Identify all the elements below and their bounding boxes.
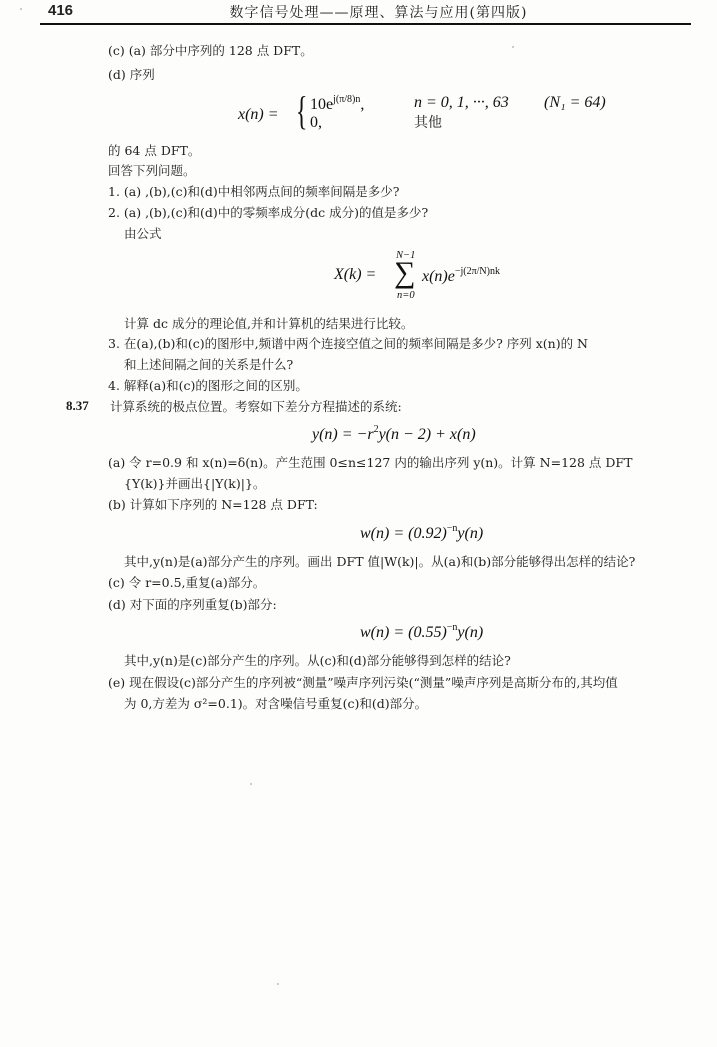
part-b-line2: 其中,y(n)是(a)部分产生的序列。画出 DFT 值|W(k)|。从(a)和(… bbox=[124, 554, 635, 570]
item-d: (d) 序列 bbox=[108, 67, 155, 83]
xn-case1-comma: , bbox=[360, 96, 364, 113]
equation-wn-b: w(n) = (0.92)−ny(n) bbox=[360, 523, 483, 543]
question-3-line2: 和上述间隔之间的关系是什么? bbox=[124, 357, 293, 373]
text-compute-dc: 计算 dc 成分的理论值,并和计算机的结果进行比较。 bbox=[124, 316, 413, 332]
equation-wn-d: w(n) = (0.55)−ny(n) bbox=[360, 622, 483, 642]
part-c: (c) 令 r=0.5,重复(a)部分。 bbox=[108, 575, 265, 591]
xn-case1-expr: 10e bbox=[310, 96, 333, 113]
part-d-line1: (d) 对下面的序列重复(b)部分: bbox=[108, 597, 277, 613]
scan-speck bbox=[277, 983, 279, 985]
part-a-line2: {Y(k)}并画出{|Y(k)|}。 bbox=[124, 476, 265, 492]
problem-number: 8.37 bbox=[66, 398, 89, 414]
diff-eq-lhs: y(n) = −r bbox=[312, 426, 374, 443]
part-a-line1: (a) 令 r=0.9 和 x(n)=δ(n)。产生范围 0≤n≤127 内的输… bbox=[108, 455, 632, 471]
xn-case2-expr: 0, bbox=[310, 114, 322, 132]
wn-b-sup: −n bbox=[447, 523, 458, 534]
part-d-line2: 其中,y(n)是(c)部分产生的序列。从(c)和(d)部分能够得到怎样的结论? bbox=[124, 653, 511, 669]
header-rule bbox=[40, 23, 691, 25]
running-title: 数字信号处理——原理、算法与应用(第四版) bbox=[0, 2, 717, 22]
item-c: (c) (a) 部分中序列的 128 点 DFT。 bbox=[108, 43, 313, 59]
xn-case1-cond: n = 0, 1, ···, 63 bbox=[414, 94, 509, 111]
wn-d-sup: −n bbox=[447, 622, 458, 633]
wn-b-base: w(n) = (0.92) bbox=[360, 525, 447, 542]
scan-speck bbox=[250, 783, 252, 785]
sum-lower-limit: n=0 bbox=[397, 290, 415, 301]
question-4: 4. 解释(a)和(c)的图形之间的区别。 bbox=[108, 378, 308, 394]
part-e-line2: 为 0,方差为 σ²=0.1)。对含噪信号重复(c)和(d)部分。 bbox=[124, 696, 427, 712]
xn-case2-cond: 其他 bbox=[414, 116, 442, 132]
equation-difference: y(n) = −r2y(n − 2) + x(n) bbox=[312, 424, 476, 444]
wn-d-base: w(n) = (0.55) bbox=[360, 624, 447, 641]
question-1: 1. (a) ,(b),(c)和(d)中相邻两点间的频率间隔是多少? bbox=[108, 184, 400, 200]
xn-lhs: x(n) = bbox=[238, 106, 279, 123]
diff-eq-rest: y(n − 2) + x(n) bbox=[379, 426, 476, 443]
brace-symbol: { bbox=[296, 91, 308, 131]
scan-speck bbox=[20, 8, 22, 10]
question-3-line1: 3. 在(a),(b)和(c)的图形中,频谱中两个连接空值之间的频率间隔是多少?… bbox=[108, 336, 588, 352]
text-answer-prompt: 回答下列问题。 bbox=[108, 163, 196, 179]
text-64-dft: 的 64 点 DFT。 bbox=[108, 143, 200, 159]
question-2: 2. (a) ,(b),(c)和(d)中的零频率成分(dc 成分)的值是多少? bbox=[108, 205, 428, 221]
sigma-symbol: ∑ bbox=[394, 258, 415, 288]
scan-speck bbox=[512, 46, 514, 48]
dft-exponent: −j(2π/N)nk bbox=[455, 266, 500, 277]
dft-body: x(n)e bbox=[422, 268, 455, 285]
xn-case1-exp: j(π/8)n bbox=[333, 94, 360, 105]
dft-lhs: X(k) = bbox=[334, 266, 376, 283]
xn-case1-note: (N₁ = 64) bbox=[544, 94, 606, 111]
part-b-line1: (b) 计算如下序列的 N=128 点 DFT: bbox=[108, 497, 318, 513]
wn-b-rest: y(n) bbox=[457, 525, 483, 542]
text-by-formula: 由公式 bbox=[124, 226, 162, 242]
wn-d-rest: y(n) bbox=[457, 624, 483, 641]
problem-title: 计算系统的极点位置。考察如下差分方程描述的系统: bbox=[110, 399, 402, 415]
part-e-line1: (e) 现在假设(c)部分产生的序列被“测量”噪声序列污染(“测量”噪声序列是高… bbox=[108, 675, 618, 691]
